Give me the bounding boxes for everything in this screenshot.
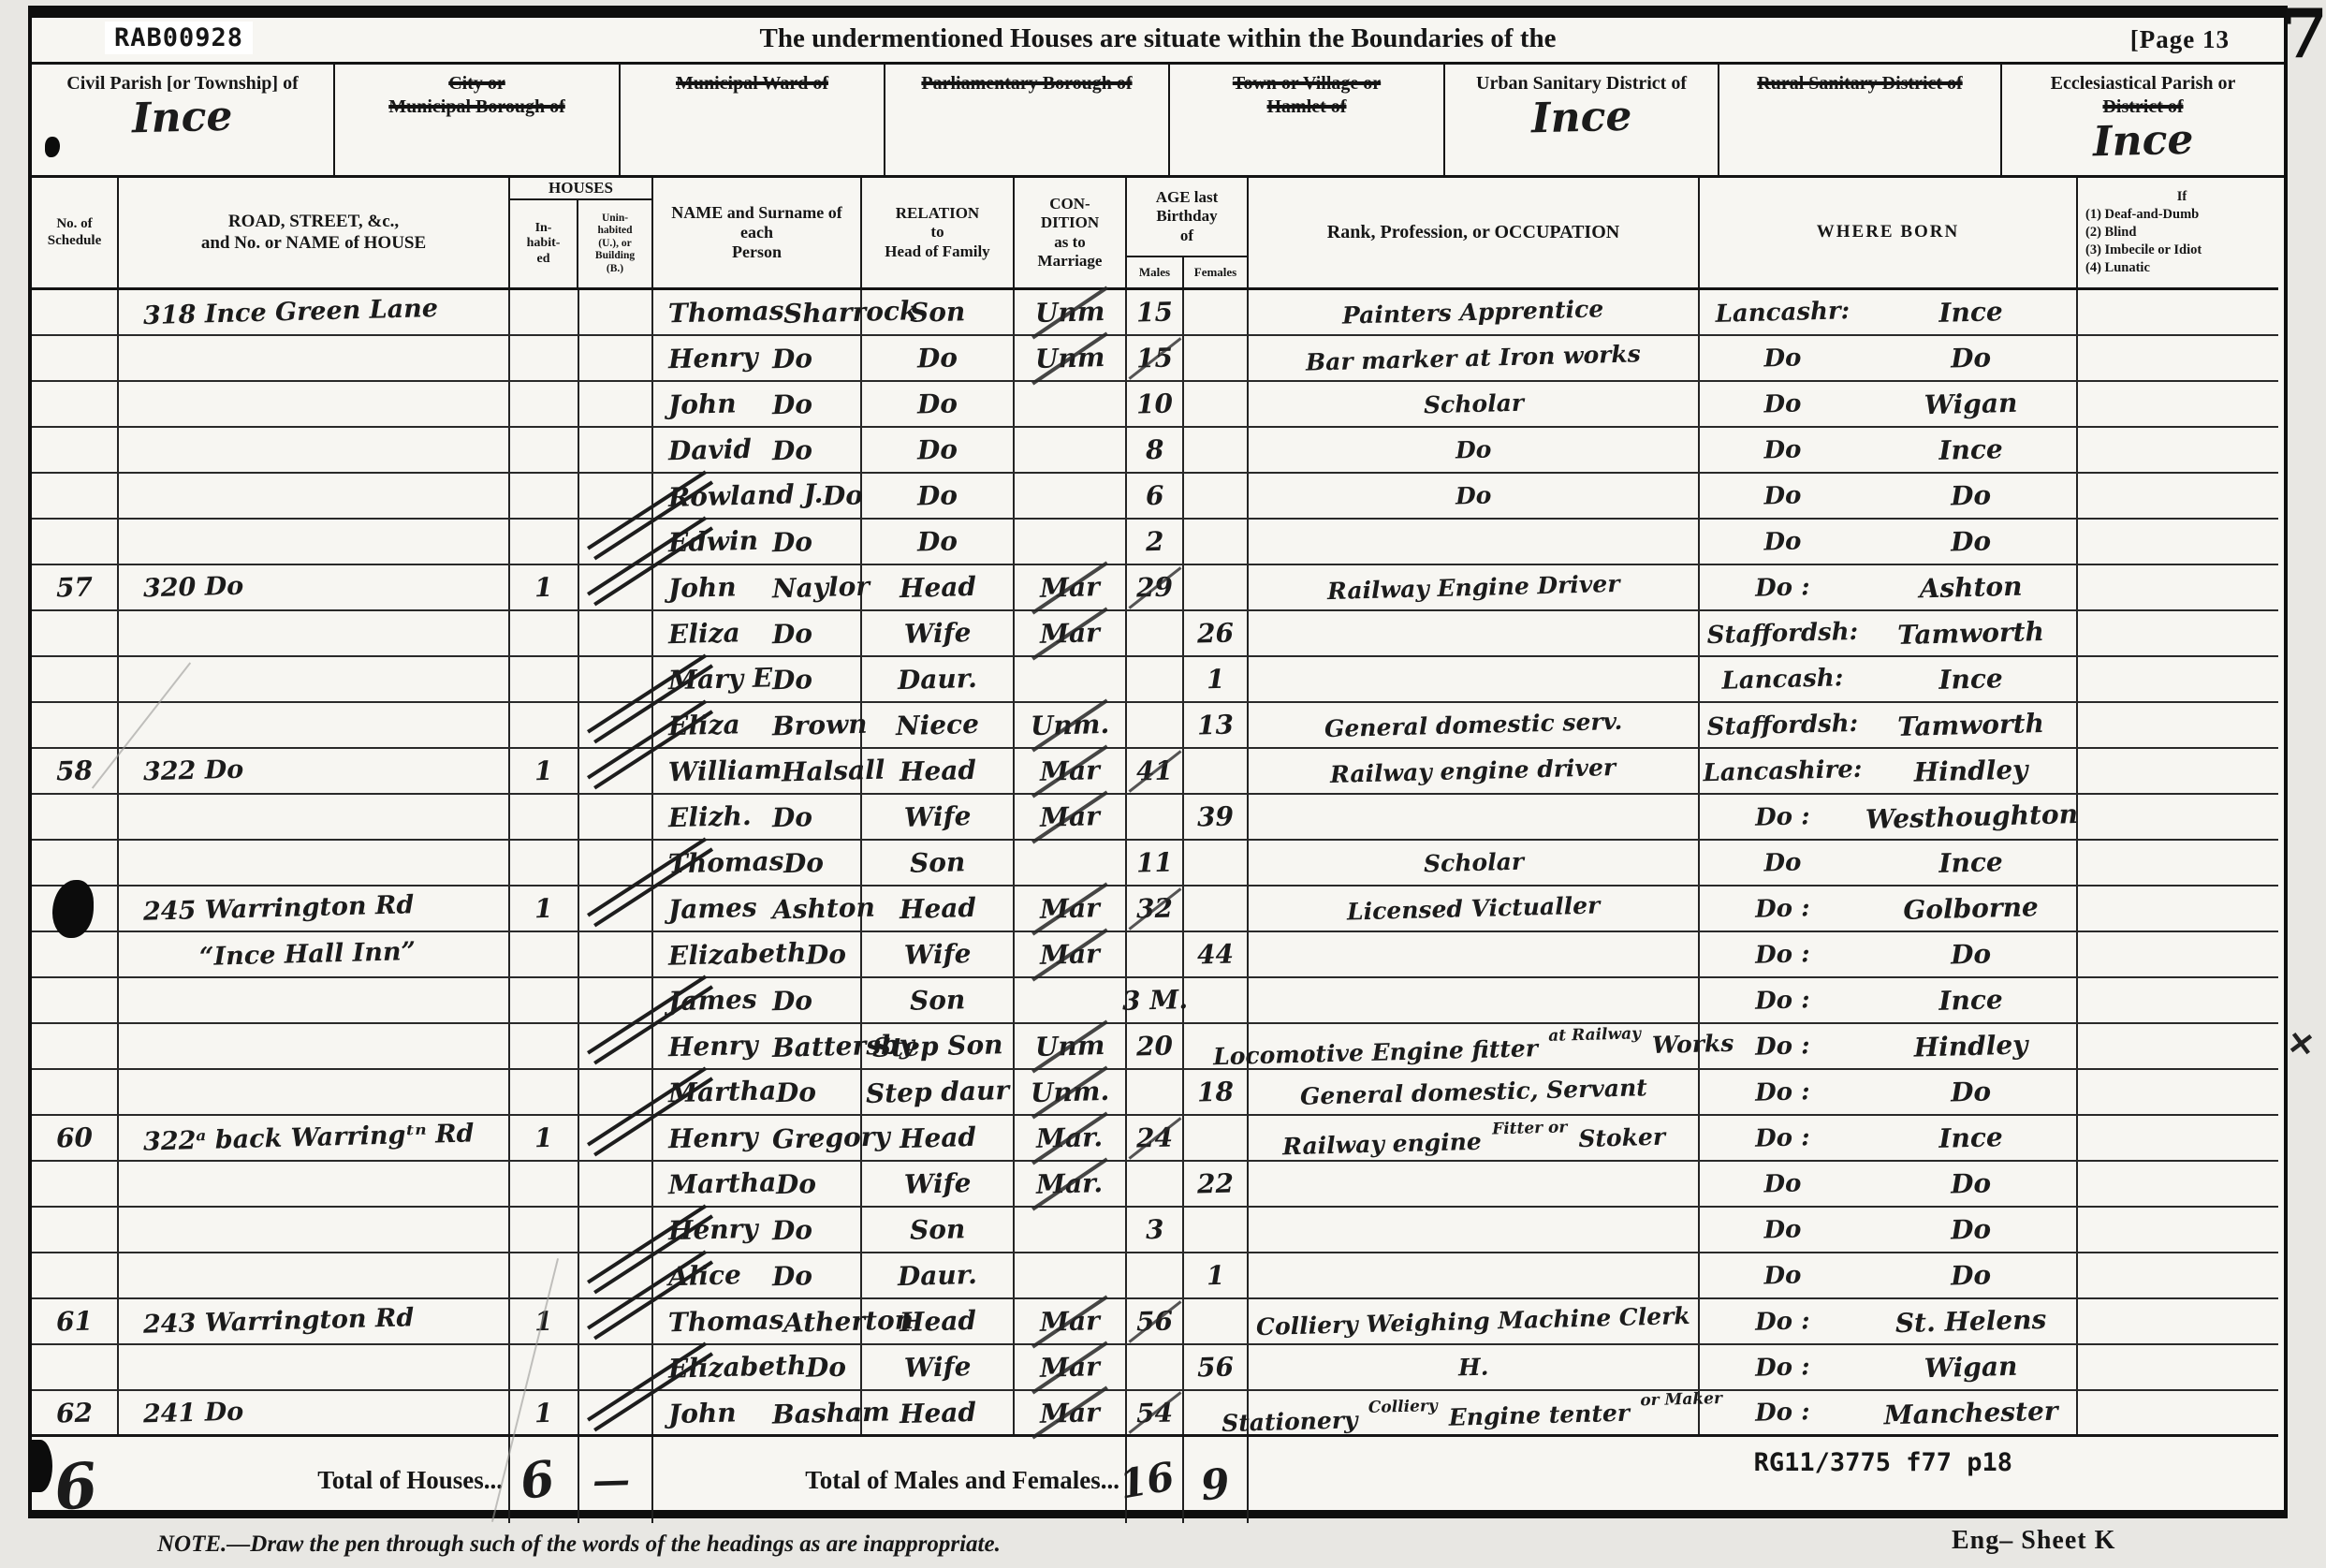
- relation-cell: Head: [862, 749, 1015, 793]
- relation-cell: Step daur: [862, 1070, 1015, 1114]
- road-cell: [119, 841, 510, 885]
- born-place: Ashton: [1865, 569, 2076, 606]
- inhabited-mark: 1: [534, 1122, 553, 1153]
- born-county: Do: [1700, 342, 1866, 374]
- condition-value: Unm.: [1031, 1076, 1110, 1108]
- occupation-value: Railway engine driver: [1330, 754, 1616, 788]
- born-place: Wigan: [1865, 1349, 2076, 1385]
- road-cell: [119, 1253, 510, 1297]
- condition-value: Unm: [1034, 296, 1104, 329]
- district-cell: Municipal Ward of: [621, 65, 885, 175]
- surname: Do: [771, 800, 860, 833]
- occupation-cell: [1249, 520, 1700, 564]
- condition-cell: Unm: [1015, 1024, 1127, 1068]
- name-cell: WilliamHalsall: [653, 749, 862, 793]
- occupation-text: Railway Engine Driver: [1326, 570, 1619, 605]
- age-female-value: 39: [1197, 800, 1235, 832]
- surname: Naylor: [771, 571, 870, 605]
- schedule-number: 60: [56, 1121, 94, 1153]
- relation-value: Head: [899, 892, 976, 925]
- forename: Rowland J.: [653, 478, 824, 514]
- relation-value: Do: [917, 525, 958, 557]
- relation-cell: Step Son: [862, 1024, 1015, 1068]
- born-place: Ince: [1865, 982, 2076, 1018]
- name-cell: ElizabethDo: [653, 932, 862, 976]
- schedule-cell: [32, 1208, 119, 1252]
- road-name: 322ᵃ back Warringᵗⁿ Rd: [143, 1119, 475, 1156]
- forename: Henry: [653, 1029, 772, 1062]
- occupation-cell: Scholar: [1249, 841, 1700, 885]
- schedule-number: 58: [56, 755, 94, 786]
- born-place: Tamworth: [1865, 615, 2076, 652]
- age-male-cell: 6: [1127, 474, 1184, 518]
- relation-value: Head: [899, 1396, 976, 1429]
- occupation-text: Locomotive Engine fitter: [1213, 1034, 1538, 1070]
- col-header-line: No. of: [32, 216, 117, 233]
- table-row: Rowland J.DoDo6Do DoDo: [32, 474, 2278, 520]
- schedule-cell: [32, 1162, 119, 1206]
- census-page: RAB00928 The undermentioned Houses are s…: [0, 0, 2326, 1568]
- surname: Do: [783, 846, 860, 879]
- surname: Do: [771, 342, 860, 374]
- relation-value: Son: [909, 846, 965, 879]
- condition-cell: [1015, 382, 1127, 426]
- schedule-cell: [32, 703, 119, 747]
- infirmity-cell: [2078, 1391, 2278, 1434]
- age-female-cell: [1184, 978, 1249, 1022]
- age-male-value: 15: [1136, 296, 1174, 328]
- condition-cell: [1015, 978, 1127, 1022]
- name-cell: HenryGregory: [653, 1116, 862, 1160]
- where-born-cell: Do :Ashton: [1700, 565, 2078, 609]
- infirmity-cell: [2078, 1299, 2278, 1343]
- name-cell: HenryDo: [653, 336, 862, 380]
- inhabited-cell: [510, 978, 579, 1022]
- condition-cell: Mar: [1015, 1345, 1127, 1389]
- where-born-cell: Do :Hindley: [1700, 1024, 2078, 1068]
- schedule-cell: [32, 795, 119, 839]
- district-cell: City orMunicipal Borough of: [335, 65, 621, 175]
- occupation-text: Bar marker at Iron works: [1306, 340, 1641, 375]
- occupation-cell: [1249, 1253, 1700, 1297]
- where-born-cell: Do :Golborne: [1700, 887, 2078, 931]
- road-name: 245 Warrington Rd: [143, 890, 415, 927]
- born-place: Wigan: [1865, 386, 2076, 422]
- uninhabited-cell: [579, 1162, 653, 1206]
- table-row: DavidDoDo8Do DoInce: [32, 428, 2278, 474]
- infirmity-cell: [2078, 336, 2278, 380]
- occupation-cell: Railway Engine Driver: [1249, 565, 1700, 609]
- born-place: Do: [1865, 1211, 2076, 1248]
- born-place: Ince: [1865, 432, 2076, 468]
- inhabited-cell: [510, 474, 579, 518]
- name-cell: JohnBasham: [653, 1391, 862, 1434]
- road-cell: [119, 1162, 510, 1206]
- relation-cell: Niece: [862, 703, 1015, 747]
- district-label-line: Ecclesiastical Parish or: [2051, 72, 2236, 95]
- table-row: 58322 Do1WilliamHalsallHeadMar41Railway …: [32, 749, 2278, 795]
- where-born-cell: Do :Ince: [1700, 978, 2078, 1022]
- name-cell: DavidDo: [653, 428, 862, 472]
- district-label-line: Municipal Ward of: [676, 72, 828, 95]
- relation-cell: Son: [862, 841, 1015, 885]
- uninhabited-cell: [579, 382, 653, 426]
- age-male-cell: [1127, 1253, 1184, 1297]
- road-cell: 318 Ince Green Lane: [119, 290, 510, 334]
- occupation-value: Railway engine Fitter or Stoker: [1281, 1116, 1665, 1161]
- born-county: Do: [1700, 479, 1866, 512]
- occupation-cell: Bar marker at Iron works: [1249, 336, 1700, 380]
- col-header-condition: CON- DITION as to Marriage: [1015, 178, 1127, 287]
- age-female-cell: [1184, 1208, 1249, 1252]
- table-row: ThomasDoSon11Scholar DoInce: [32, 841, 2278, 887]
- occupation-cell: Painters Apprentice: [1249, 290, 1700, 334]
- relation-value: Do: [917, 479, 958, 511]
- occupation-value: Bar marker at Iron works: [1306, 340, 1641, 375]
- where-born-cell: DoInce: [1700, 428, 2078, 472]
- infirmity-cell: [2078, 1024, 2278, 1068]
- surname: Do: [771, 1259, 860, 1292]
- name-cell: AliceDo: [653, 1253, 862, 1297]
- occupation-cell: Railway engine Fitter or Stoker: [1249, 1116, 1700, 1160]
- name-cell: ElizaDo: [653, 611, 862, 655]
- age-male-cell: [1127, 657, 1184, 701]
- born-place: Do: [1865, 1074, 2076, 1110]
- where-born-cell: DoDo: [1700, 520, 2078, 564]
- district-value: Ince: [2092, 120, 2193, 164]
- where-born-cell: Staffordsh:Tamworth: [1700, 703, 2078, 747]
- born-place: Golborne: [1865, 890, 2076, 927]
- age-female-cell: 22: [1184, 1162, 1249, 1206]
- inhabited-cell: [510, 1253, 579, 1297]
- condition-cell: Mar: [1015, 795, 1127, 839]
- name-cell: ThomasSharrock: [653, 290, 862, 334]
- relation-value: Step daur: [866, 1075, 1010, 1109]
- district-cell: Town or Village orHamlet of: [1170, 65, 1445, 175]
- condition-cell: [1015, 1253, 1127, 1297]
- surname: Do: [776, 1167, 861, 1200]
- surname: Do: [771, 388, 860, 420]
- name-cell: EdwinDo: [653, 520, 862, 564]
- name-cell: HenryDo: [653, 1208, 862, 1252]
- condition-cell: Mar: [1015, 749, 1127, 793]
- born-county: Do :: [1700, 1305, 1866, 1338]
- occupation-text: H.: [1457, 1354, 1488, 1382]
- condition-cell: Mar.: [1015, 1162, 1127, 1206]
- born-county: Do :: [1700, 1030, 1866, 1062]
- inhabited-mark: 1: [534, 1397, 553, 1428]
- age-male-cell: 3: [1127, 1208, 1184, 1252]
- table-row: MarthaDoStep daurUnm.18General domestic,…: [32, 1070, 2278, 1116]
- infirmity-cell: [2078, 1162, 2278, 1206]
- district-label: City orMunicipal Borough of: [388, 72, 565, 119]
- road-cell: [119, 611, 510, 655]
- born-county: Do: [1700, 1167, 1866, 1200]
- folio-number: 77: [2281, 0, 2326, 67]
- infirmity-cell: [2078, 703, 2278, 747]
- occupation-cell: Stationery Colliery Engine tenter or Mak…: [1249, 1391, 1700, 1434]
- surname: Do: [772, 663, 861, 696]
- where-born-cell: Do :Manchester: [1700, 1391, 2078, 1434]
- relation-cell: Do: [862, 428, 1015, 472]
- table-row: Mary EDoDaur.1Lancash:Ince: [32, 657, 2278, 703]
- inhabited-cell: [510, 336, 579, 380]
- name-cell: Mary EDo: [653, 657, 862, 701]
- forename: John: [653, 1396, 772, 1429]
- age-female-value: 22: [1197, 1167, 1235, 1199]
- schedule-cell: [32, 428, 119, 472]
- name-cell: JohnDo: [653, 382, 862, 426]
- age-male-value: 2: [1145, 526, 1163, 557]
- col-header-infirmity: If (1) Deaf-and-Dumb (2) Blind (3) Imbec…: [2078, 178, 2278, 287]
- schedule-cell: [32, 290, 119, 334]
- inhabited-cell: [510, 382, 579, 426]
- age-male-value: 3: [1145, 1214, 1163, 1245]
- occupation-cell: H.: [1249, 1345, 1700, 1389]
- forename: Thomas: [653, 1304, 784, 1339]
- occupation-cell: [1249, 978, 1700, 1022]
- district-label: Ecclesiastical Parish orDistrict of: [2051, 72, 2236, 119]
- schedule-cell: [32, 382, 119, 426]
- inhabited-cell: [510, 657, 579, 701]
- name-cell: MarthaDo: [653, 1162, 862, 1206]
- district-header-row: Civil Parish [or Township] ofInceCity or…: [32, 62, 2284, 178]
- road-cell: [119, 382, 510, 426]
- relation-value: Son: [909, 1213, 965, 1246]
- relation-cell: Son: [862, 1208, 1015, 1252]
- condition-value: Unm: [1034, 1030, 1104, 1062]
- relation-value: Head: [899, 571, 976, 604]
- infirmity-cell: [2078, 290, 2278, 334]
- road-cell: [119, 1208, 510, 1252]
- col-header-occupation: Rank, Profession, or OCCUPATION: [1249, 178, 1700, 287]
- where-born-cell: DoDo: [1700, 1253, 2078, 1297]
- age-female-value: 13: [1197, 709, 1235, 740]
- schedule-cell: [32, 520, 119, 564]
- age-female-cell: [1184, 336, 1249, 380]
- road-cell: 320 Do: [119, 565, 510, 609]
- occupation-value: Scholar: [1423, 848, 1524, 878]
- surname: Do: [771, 433, 860, 466]
- surname: Do: [771, 617, 860, 650]
- age-male-cell: [1127, 1345, 1184, 1389]
- condition-value: Mar: [1040, 571, 1101, 604]
- age-female-cell: [1184, 290, 1249, 334]
- age-male-cell: [1127, 932, 1184, 976]
- uninhabited-cell: [579, 795, 653, 839]
- schedule-cell: [32, 932, 119, 976]
- road-cell: “Ince Hall Inn”: [119, 932, 510, 976]
- schedule-cell: [32, 978, 119, 1022]
- forename: Elizabeth: [653, 1350, 807, 1385]
- relation-value: Do: [917, 388, 958, 419]
- inhabited-mark: 1: [534, 893, 553, 924]
- condition-cell: Unm.: [1015, 1070, 1127, 1114]
- occupation-value: Licensed Victualler: [1347, 891, 1601, 925]
- born-county: Do :: [1700, 1351, 1866, 1384]
- schedule-cell: [32, 1345, 119, 1389]
- name-cell: ElizaBrown: [653, 703, 862, 747]
- uninhabited-cell: [579, 932, 653, 976]
- inhabited-cell: [510, 611, 579, 655]
- where-born-cell: DoWigan: [1700, 382, 2078, 426]
- age-male-cell: 29: [1127, 565, 1184, 609]
- relation-cell: Head: [862, 565, 1015, 609]
- road-cell: [119, 978, 510, 1022]
- table-row: 61243 Warrington Rd1ThomasAthertonHeadMa…: [32, 1299, 2278, 1345]
- infirmity-cell: [2078, 657, 2278, 701]
- condition-cell: Mar: [1015, 1299, 1127, 1343]
- road-cell: 245 Warrington Rd: [119, 887, 510, 931]
- district-label: Town or Village orHamlet of: [1233, 72, 1381, 119]
- col-header-line: and No. or NAME of HOUSE: [119, 233, 508, 254]
- age-female-value: 18: [1197, 1076, 1235, 1107]
- totals-row: 6 Total of Houses... 6 — Total of Males …: [32, 1437, 2278, 1511]
- district-cell: Ecclesiastical Parish orDistrict ofInce: [2002, 65, 2284, 175]
- road-name: 318 Ince Green Lane: [143, 294, 439, 330]
- occupation-cell: [1249, 611, 1700, 655]
- uninhabited-cell: [579, 887, 653, 931]
- total-uninhabited-value: —: [579, 1437, 653, 1523]
- road-cell: 241 Do: [119, 1391, 510, 1434]
- occupation-cell: [1249, 1208, 1700, 1252]
- surname: Do: [771, 525, 860, 558]
- name-cell: ThomasAtherton: [653, 1299, 862, 1343]
- occupation-text: Stoker: [1577, 1123, 1664, 1152]
- name-cell: JamesAshton: [653, 887, 862, 931]
- age-male-cell: 8: [1127, 428, 1184, 472]
- col-header-road: ROAD, STREET, &c., and No. or NAME of HO…: [119, 178, 510, 287]
- age-female-cell: 13: [1184, 703, 1249, 747]
- occupation-value: General domestic serv.: [1324, 708, 1623, 742]
- relation-cell: Do: [862, 336, 1015, 380]
- relation-value: Wife: [903, 938, 971, 971]
- age-male-cell: 3 M.: [1127, 978, 1184, 1022]
- relation-cell: Wife: [862, 1162, 1015, 1206]
- age-female-value: 56: [1197, 1351, 1235, 1383]
- condition-value: Mar: [1040, 617, 1101, 650]
- relation-cell: Head: [862, 1391, 1015, 1434]
- inhabited-cell: [510, 1208, 579, 1252]
- born-county: Do :: [1700, 1121, 1866, 1154]
- relation-value: Niece: [896, 709, 980, 741]
- infirmity-cell: [2078, 841, 2278, 885]
- relation-value: Son: [909, 296, 965, 329]
- age-male-value: 3 M.: [1121, 984, 1188, 1017]
- uninhabited-cell: [579, 749, 653, 793]
- born-county: Do: [1700, 525, 1866, 558]
- schedule-cell: 57: [32, 565, 119, 609]
- condition-value: Unm.: [1031, 709, 1110, 741]
- condition-cell: Unm.: [1015, 703, 1127, 747]
- condition-value: Mar.: [1036, 1121, 1104, 1154]
- table-row: ElizaDoWifeMar26Staffordsh:Tamworth: [32, 611, 2278, 657]
- total-persons-label: Total of Males and Females...: [653, 1437, 1127, 1523]
- age-female-cell: [1184, 749, 1249, 793]
- age-male-cell: [1127, 1162, 1184, 1206]
- occupation-value: Stationery Colliery Engine tenter or Mak…: [1221, 1388, 1725, 1436]
- schedule-cell: [32, 611, 119, 655]
- name-cell: Rowland J.Do: [653, 474, 862, 518]
- road-cell: [119, 795, 510, 839]
- census-table-body: 318 Ince Green LaneThomasSharrockSonUnm1…: [32, 290, 2278, 1437]
- uninhabited-cell: [579, 611, 653, 655]
- age-female-cell: 1: [1184, 1253, 1249, 1297]
- relation-cell: Son: [862, 290, 1015, 334]
- relation-value: Head: [899, 1121, 976, 1154]
- relation-value: Head: [899, 755, 976, 787]
- born-county: Do: [1700, 1259, 1866, 1292]
- total-houses-value: 6: [510, 1437, 579, 1523]
- born-county: Do :: [1700, 1397, 1866, 1429]
- born-place: Do: [1865, 936, 2076, 973]
- infirmity-cell: [2078, 1253, 2278, 1297]
- road-cell: [119, 336, 510, 380]
- occupation-text: Licensed Victualler: [1347, 891, 1601, 925]
- condition-cell: [1015, 520, 1127, 564]
- district-cell: Parliamentary Borough of: [885, 65, 1170, 175]
- born-place: Do: [1865, 1165, 2076, 1202]
- occupation-cell: Do: [1249, 428, 1700, 472]
- district-label: Rural Sanitary District of: [1757, 72, 1962, 95]
- relation-cell: Wife: [862, 932, 1015, 976]
- born-county: Do :: [1700, 571, 1866, 604]
- table-header-row: No. of Schedule ROAD, STREET, &c., and N…: [32, 178, 2278, 290]
- age-male-cell: [1127, 611, 1184, 655]
- forename: Thomas: [653, 845, 784, 880]
- condition-cell: Mar: [1015, 565, 1127, 609]
- condition-value: Mar: [1040, 800, 1101, 833]
- schedule-cell: [32, 1253, 119, 1297]
- infirmity-cell: [2078, 428, 2278, 472]
- inhabited-cell: 1: [510, 749, 579, 793]
- age-male-cell: 2: [1127, 520, 1184, 564]
- col-header-schedule: No. of Schedule: [32, 178, 119, 287]
- col-header-uninhabited: Unin- habited (U.), or Building (B.): [578, 200, 651, 287]
- age-male-value: 56: [1136, 1305, 1174, 1337]
- table-row: 60322ᵃ back Warringᵗⁿ Rd1HenryGregoryHea…: [32, 1116, 2278, 1162]
- road-cell: [119, 1070, 510, 1114]
- table-row: HenryDoDoUnm15Bar marker at Iron works D…: [32, 336, 2278, 382]
- relation-value: Do: [917, 433, 958, 465]
- relation-cell: Son: [862, 978, 1015, 1022]
- condition-value: Mar.: [1036, 1167, 1104, 1200]
- census-form: RAB00928 The undermentioned Houses are s…: [28, 6, 2288, 1518]
- where-born-cell: Lancashr:Ince: [1700, 290, 2078, 334]
- uninhabited-cell: [579, 1024, 653, 1068]
- relation-value: Wife: [903, 800, 971, 833]
- age-female-cell: [1184, 841, 1249, 885]
- table-row: 318 Ince Green LaneThomasSharrockSonUnm1…: [32, 290, 2278, 336]
- col-header-houses: HOUSES In- habit- ed Unin- habited (U.),…: [510, 178, 653, 287]
- relation-cell: Daur.: [862, 657, 1015, 701]
- relation-cell: Head: [862, 887, 1015, 931]
- name-cell: Elizh.Do: [653, 795, 862, 839]
- col-header-line: HOUSES: [510, 178, 651, 200]
- district-label-line: Parliamentary Borough of: [921, 72, 1132, 95]
- relation-cell: Head: [862, 1299, 1015, 1343]
- occupation-cell: Colliery Weighing Machine Clerk: [1249, 1299, 1700, 1343]
- age-female-value: 44: [1197, 938, 1235, 970]
- relation-value: Do: [917, 342, 958, 374]
- where-born-cell: Do :St. Helens: [1700, 1299, 2078, 1343]
- born-place: Ince: [1865, 661, 2076, 697]
- inhabited-cell: [510, 795, 579, 839]
- age-male-value: 29: [1136, 571, 1174, 603]
- where-born-cell: DoDo: [1700, 1208, 2078, 1252]
- margin-cross-mark: ✕: [2285, 1024, 2317, 1065]
- condition-cell: [1015, 841, 1127, 885]
